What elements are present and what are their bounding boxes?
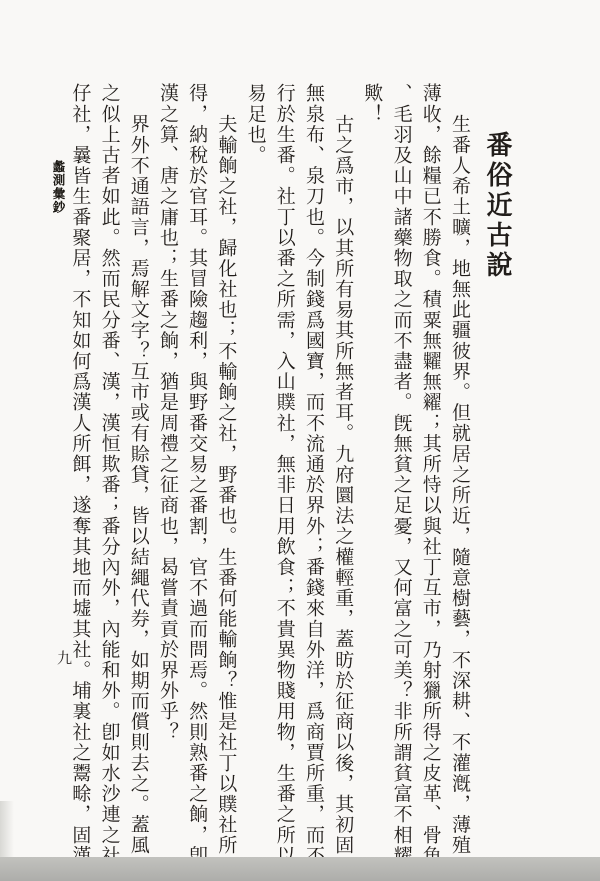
text-column: 易足也。: [240, 83, 269, 871]
book-series-label: 蠡測彙鈔: [49, 160, 67, 214]
text-column: 行於生番。社丁以番之所需，入山贌社，無非日用飲食；不貴異物賤用物，生番之所以: [270, 83, 299, 871]
text-column: 仔社，曩皆生番聚居，不知如何爲漢人所餌，遂奪其地而墟其社。埔裏社之鬻畭，固漢: [65, 83, 94, 871]
book-page-scan: 番俗近古說 生番人希土曠，地無此疆彼界。但就居之所近，隨意樹藝，不深耕、不灌漑，…: [0, 0, 600, 881]
page-number: 九: [54, 650, 75, 665]
text-column: 得，納稅於官耳。其冒險趨利，與野番交易之番割，官不過而問焉。然則熟番之餉，卽: [182, 83, 211, 871]
text-column: 生番人希土曠，地無此疆彼界。但就居之所近，隨意樹藝，不深耕、不灌漑，薄殖: [445, 83, 474, 871]
text-column: 歟！: [357, 83, 386, 871]
text-column: 古之爲市，以其所有易其所無者耳。九府圜法之權輕重，蓋昉於征商以後，其初固: [328, 83, 357, 871]
scanner-edge-shadow: [0, 801, 14, 861]
text-column: 漢之算、唐之庸也；生番之餉，猶是周禮之征商也，曷嘗責貢於界外乎？: [153, 83, 182, 871]
text-column: 薄收，餘糧已不勝食。積粟無糶無糴；其所恃以與社丁互市，乃射獵所得之皮革、骨角: [416, 83, 445, 871]
scanner-edge-band: [0, 857, 600, 881]
essay-title: 番俗近古說: [480, 83, 514, 871]
text-column: 之似上古者如此。然而民分番、漢，漢恒欺番；番分內外，內能和外。卽如水沙連之社: [94, 83, 123, 871]
text-column: 夫輸餉之社，歸化社也；不輸餉之社，野番也。生番何能輸餉？惟是社丁以贌社所: [211, 83, 240, 871]
text-column: 界外不通語言，焉解文字？互市或有賒貸，皆以結繩代券，如期而償則去之。蓋風: [124, 83, 153, 871]
text-column: 無泉布、泉刀也。今制錢爲國寶，而不流通於界外；番錢來自外洋，爲商賈所重，而不: [299, 83, 328, 871]
page-text-area: 番俗近古說 生番人希土曠，地無此疆彼界。但就居之所近，隨意樹藝，不深耕、不灌漑，…: [68, 83, 518, 871]
text-column: 、毛羽及山中諸藥物取之而不盡者。旣無貧之足憂，又何富之可美？非所謂貧富不相耀: [386, 83, 415, 871]
body-columns: 生番人希土曠，地無此疆彼界。但就居之所近，隨意樹藝，不深耕、不灌漑，薄殖薄收，餘…: [65, 83, 474, 871]
